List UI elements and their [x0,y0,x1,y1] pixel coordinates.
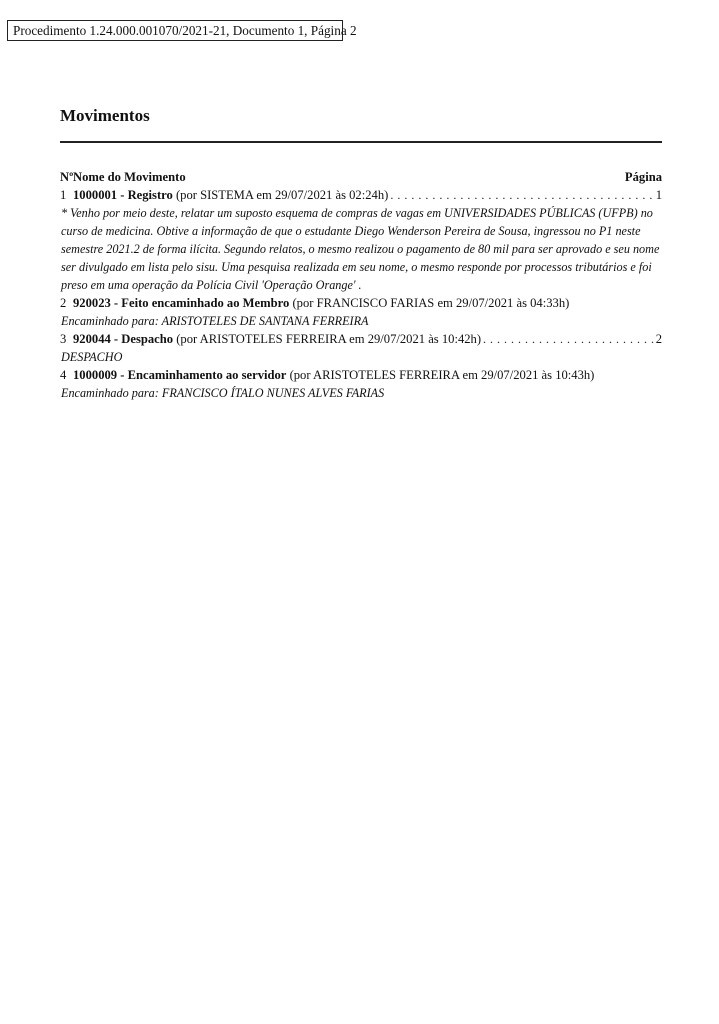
table-row: 2 920023 - Feito encaminhado ao Membro (… [60,294,662,312]
movement-detail: (por ARISTOTELES FERREIRA em 29/07/2021 … [173,330,481,348]
movement-page: 1 [656,186,662,204]
row-number: 1 [60,186,73,204]
movement-page: 2 [656,330,662,348]
movement-code: 1000001 [73,186,117,204]
column-header-number: Nº [60,168,73,186]
movement-name: - Despacho [111,330,173,348]
movements-table: Nº Nome do Movimento Página 1 1000001 - … [60,168,662,402]
movement-detail: (por ARISTOTELES FERREIRA em 29/07/2021 … [286,366,594,384]
movement-code: 920023 [73,294,111,312]
movement-name: - Feito encaminhado ao Membro [111,294,290,312]
movement-code: 920044 [73,330,111,348]
movement-description: * Venho por meio deste, relatar um supos… [60,204,661,294]
table-row: 1 1000001 - Registro (por SISTEMA em 29/… [60,186,662,204]
table-row: 3 920044 - Despacho (por ARISTOTELES FER… [60,330,662,348]
dot-leader [390,186,653,204]
movement-description: DESPACHO [60,348,662,366]
row-number: 4 [60,366,73,384]
section-title: Movimentos [60,106,150,126]
movement-name: - Encaminhamento ao servidor [117,366,286,384]
row-number: 3 [60,330,73,348]
movement-detail: (por SISTEMA em 29/07/2021 às 02:24h) [173,186,389,204]
column-header-page: Página [625,168,662,186]
movement-description: Encaminhado para: FRANCISCO ÍTALO NUNES … [60,384,662,402]
section-divider [60,141,662,143]
row-number: 2 [60,294,73,312]
movement-name: - Registro [117,186,173,204]
table-header-row: Nº Nome do Movimento Página [60,168,662,186]
movement-detail: (por FRANCISCO FARIAS em 29/07/2021 às 0… [289,294,569,312]
table-row: 4 1000009 - Encaminhamento ao servidor (… [60,366,662,384]
movement-code: 1000009 [73,366,117,384]
dot-leader [483,330,654,348]
document-reference-header: Procedimento 1.24.000.001070/2021-21, Do… [7,20,343,41]
movement-description: Encaminhado para: ARISTOTELES DE SANTANA… [60,312,662,330]
column-header-name: Nome do Movimento [73,168,625,186]
